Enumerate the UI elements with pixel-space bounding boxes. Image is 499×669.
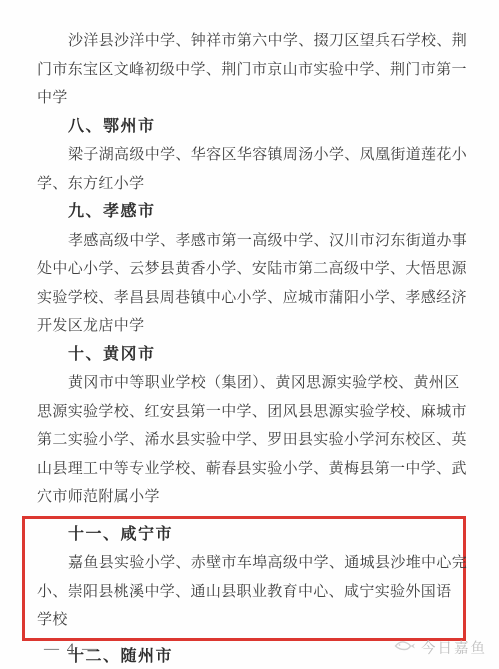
text-line: 小、崇阳县桃溪中学、通山县职业教育中心、咸宁实验外国语 — [37, 578, 463, 607]
section: 八、鄂州市梁子湖高级中学、华容区华容镇周汤小学、凤凰街道莲花小学、东方红小学 — [37, 113, 467, 199]
text-line: 学校 — [37, 606, 463, 635]
watermark: 今日嘉鱼 — [394, 637, 487, 658]
section-highlighted: 十一、咸宁市嘉鱼县实验小学、赤壁市车埠高级中学、通城县沙堆中心完小、崇阳县桃溪中… — [22, 516, 466, 641]
text-line: 黄冈市中等职业学校（集团）、黄冈思源实验学校、黄州区 — [37, 369, 467, 398]
page-number: — 4 — — [44, 641, 99, 658]
text-line: 第二实验小学、浠水县实验中学、罗田县实验小学河东校区、英 — [37, 426, 467, 455]
section-heading: 十一、咸宁市 — [37, 521, 463, 550]
text-line: 孝感高级中学、孝感市第一高级中学、汉川市汈东街道办事 — [37, 227, 467, 256]
text-line: 开发区龙店中学 — [37, 312, 467, 341]
text-line: 学、东方红小学 — [37, 170, 467, 199]
fish-icon — [394, 638, 416, 657]
section-heading: 九、孝感市 — [37, 198, 467, 227]
text-line: 沙洋县沙洋中学、钟祥市第六中学、掇刀区望兵石学校、荆 — [37, 27, 467, 56]
text-line: 穴市师范附属小学 — [37, 483, 467, 512]
section: 十、黄冈市黄冈市中等职业学校（集团）、黄冈思源实验学校、黄州区思源实验学校、红安… — [37, 341, 467, 512]
watermark-text: 今日嘉鱼 — [421, 637, 487, 658]
document-body: 沙洋县沙洋中学、钟祥市第六中学、掇刀区望兵石学校、荆门市东宝区文峰初级中学、荆门… — [37, 27, 467, 669]
section-heading: 十、黄冈市 — [37, 341, 467, 370]
scanned-document-page: 沙洋县沙洋中学、钟祥市第六中学、掇刀区望兵石学校、荆门市东宝区文峰初级中学、荆门… — [0, 0, 499, 669]
text-line: 山县理工中等专业学校、蕲春县实验小学、黄梅县第一中学、武 — [37, 455, 467, 484]
text-line: 嘉鱼县实验小学、赤壁市车埠高级中学、通城县沙堆中心完 — [37, 549, 463, 578]
section-heading: 八、鄂州市 — [37, 113, 467, 142]
text-line: 梁子湖高级中学、华容区华容镇周汤小学、凤凰街道莲花小 — [37, 141, 467, 170]
section: 九、孝感市孝感高级中学、孝感市第一高级中学、汉川市汈东街道办事处中心小学、云梦县… — [37, 198, 467, 341]
text-line: 门市东宝区文峰初级中学、荆门市京山市实验中学、荆门市第一 — [37, 56, 467, 85]
text-line: 思源实验学校、红安县第一中学、团风县思源实验学校、麻城市 — [37, 398, 467, 427]
text-line: 实验学校、孝昌县周巷镇中心小学、应城市蒲阳小学、孝感经济 — [37, 284, 467, 313]
text-line: 处中心小学、云梦县黄香小学、安陆市第二高级中学、大悟思源 — [37, 255, 467, 284]
section: 沙洋县沙洋中学、钟祥市第六中学、掇刀区望兵石学校、荆门市东宝区文峰初级中学、荆门… — [37, 27, 467, 113]
text-line: 中学 — [37, 84, 467, 113]
